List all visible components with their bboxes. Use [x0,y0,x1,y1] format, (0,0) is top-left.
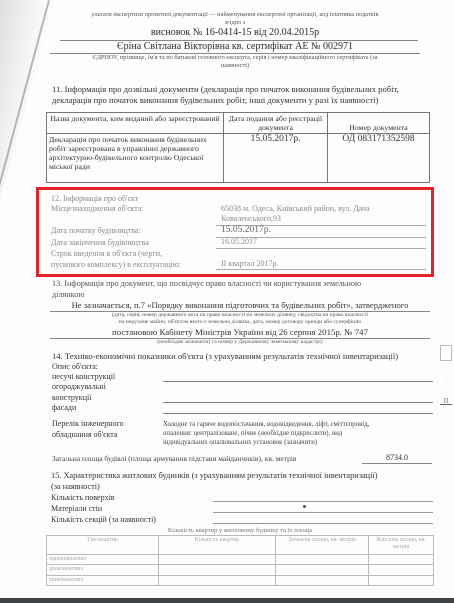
location-value: 65038 м. Одеса, Київський район, вул. Да… [221,204,370,215]
header-cell: Номер документа [328,113,430,134]
document-number-cell: ОД 083171352598 [328,134,430,183]
table-row: однокімнатних [47,555,434,565]
scanner-edge [0,598,454,603]
underline [362,463,432,464]
section14-title: 14. Техніко-економічні показники об'єкта… [52,351,398,362]
empty-cell [369,565,434,575]
section11-title: 11. Інформація про дозвільні документи (… [52,84,442,105]
resolution-value: постановою Кабінету Міністрів України ві… [50,327,430,337]
header-caption-2: згідно з [50,19,420,26]
header-cell: Кількість квартир [159,536,276,555]
location-value-2: Коваленського,93 [221,214,281,225]
section15-title: 15. Характеристика житлових будинків (з … [51,471,377,492]
engineering-text: Холодне та гаряче водопостачання, водові… [163,420,369,448]
total-area-label: Загальна площа будівлі (площа армування … [52,454,296,463]
header-cell: Тип квартир [47,536,159,555]
stray-dot [303,505,306,508]
underline [213,512,433,513]
permits-table: Назва документа, ким виданий або зареєст… [46,112,430,183]
header-caption: ультати експертизи проектної документаці… [50,11,420,18]
expert-line: Єріна Світлана Вікторівна кв. сертифікат… [50,41,420,52]
empty-cell [159,565,276,575]
total-area-value: 8734.0 [367,453,427,462]
table-row: трикімнатних [47,575,434,585]
empty-cell [276,575,369,585]
underline [216,248,426,249]
expert-caption: ЄДРПОУ, прізвище, ім'я та по батькові го… [50,54,420,61]
section13-title: 13. Інформація про документ, що посвідчу… [52,279,361,300]
commission-value: II квартал 2017р. [221,259,279,270]
location-label: Місцезнаходження об'єкта: [51,204,144,215]
underline [213,523,433,524]
underline [163,413,433,414]
flats-table-caption: Кількість квартир у житловому будинку та… [50,527,430,534]
document-date-cell: 15.05.2017р. [224,134,328,183]
empty-cell [276,555,369,565]
flats-table: Тип квартир Кількість квартир Загальна п… [46,535,434,586]
section12-title: 12. Інформація про об'єкт [51,194,138,204]
engineering-label: Перелік інженерного обладнання об'єкта [52,419,124,440]
empty-cell [369,575,434,585]
empty-cell [369,555,434,565]
margin-marks: ·.-·-· ІІ [440,345,452,405]
underline [216,269,426,270]
flat-type-cell: трикімнатних [47,575,159,585]
empty-cell [159,555,276,565]
document-name-cell: Декларація про початок виконання будівел… [47,134,224,183]
header-cell: Назва документа, ким виданий або зареєст… [47,113,224,134]
underline [163,402,433,403]
empty-cell [276,565,369,575]
building-fields: Кількість поверхів Матеріали стін Кількі… [51,493,156,525]
end-date-label: Дата закінчення будівництва [51,238,149,249]
land-caption-2: на нерухоме майно, об'єктом якого є земе… [50,319,430,326]
start-date-value: 15.05.2017р. [221,225,271,236]
flat-type-cell: двокімнатних [47,565,159,575]
underline [163,381,433,382]
land-caption-3: (необхідне зазначити) та номер у Державн… [50,339,430,346]
underline [213,501,433,502]
start-date-label: Дата початку будівництва: [51,226,141,237]
commission-label: Строк введення в об'єкта (черги, пусково… [51,249,181,270]
table-row: двокімнатних [47,565,434,575]
end-date-value: 16.05.2017 [221,237,257,248]
conclusion-line: висновок № 16-0414-15 від 20.04.2015р [50,27,420,38]
header-cell: Загальна площа, кв. метрів [276,536,369,555]
land-document-value: Не зазначається, п.7 «Порядку виконання … [50,300,430,310]
header-cell: Житлова площа, кв. метрів [369,536,434,555]
flat-type-cell: однокімнатних [47,555,159,565]
table-row: Декларація про початок виконання будівел… [47,134,430,183]
description-block: Опис об'єкта: несучі конструкції огородж… [52,362,115,413]
header-cell: Дата подання або реєстрації документа [224,113,328,134]
expert-caption-2: наявності) [50,62,420,69]
empty-cell [159,575,276,585]
